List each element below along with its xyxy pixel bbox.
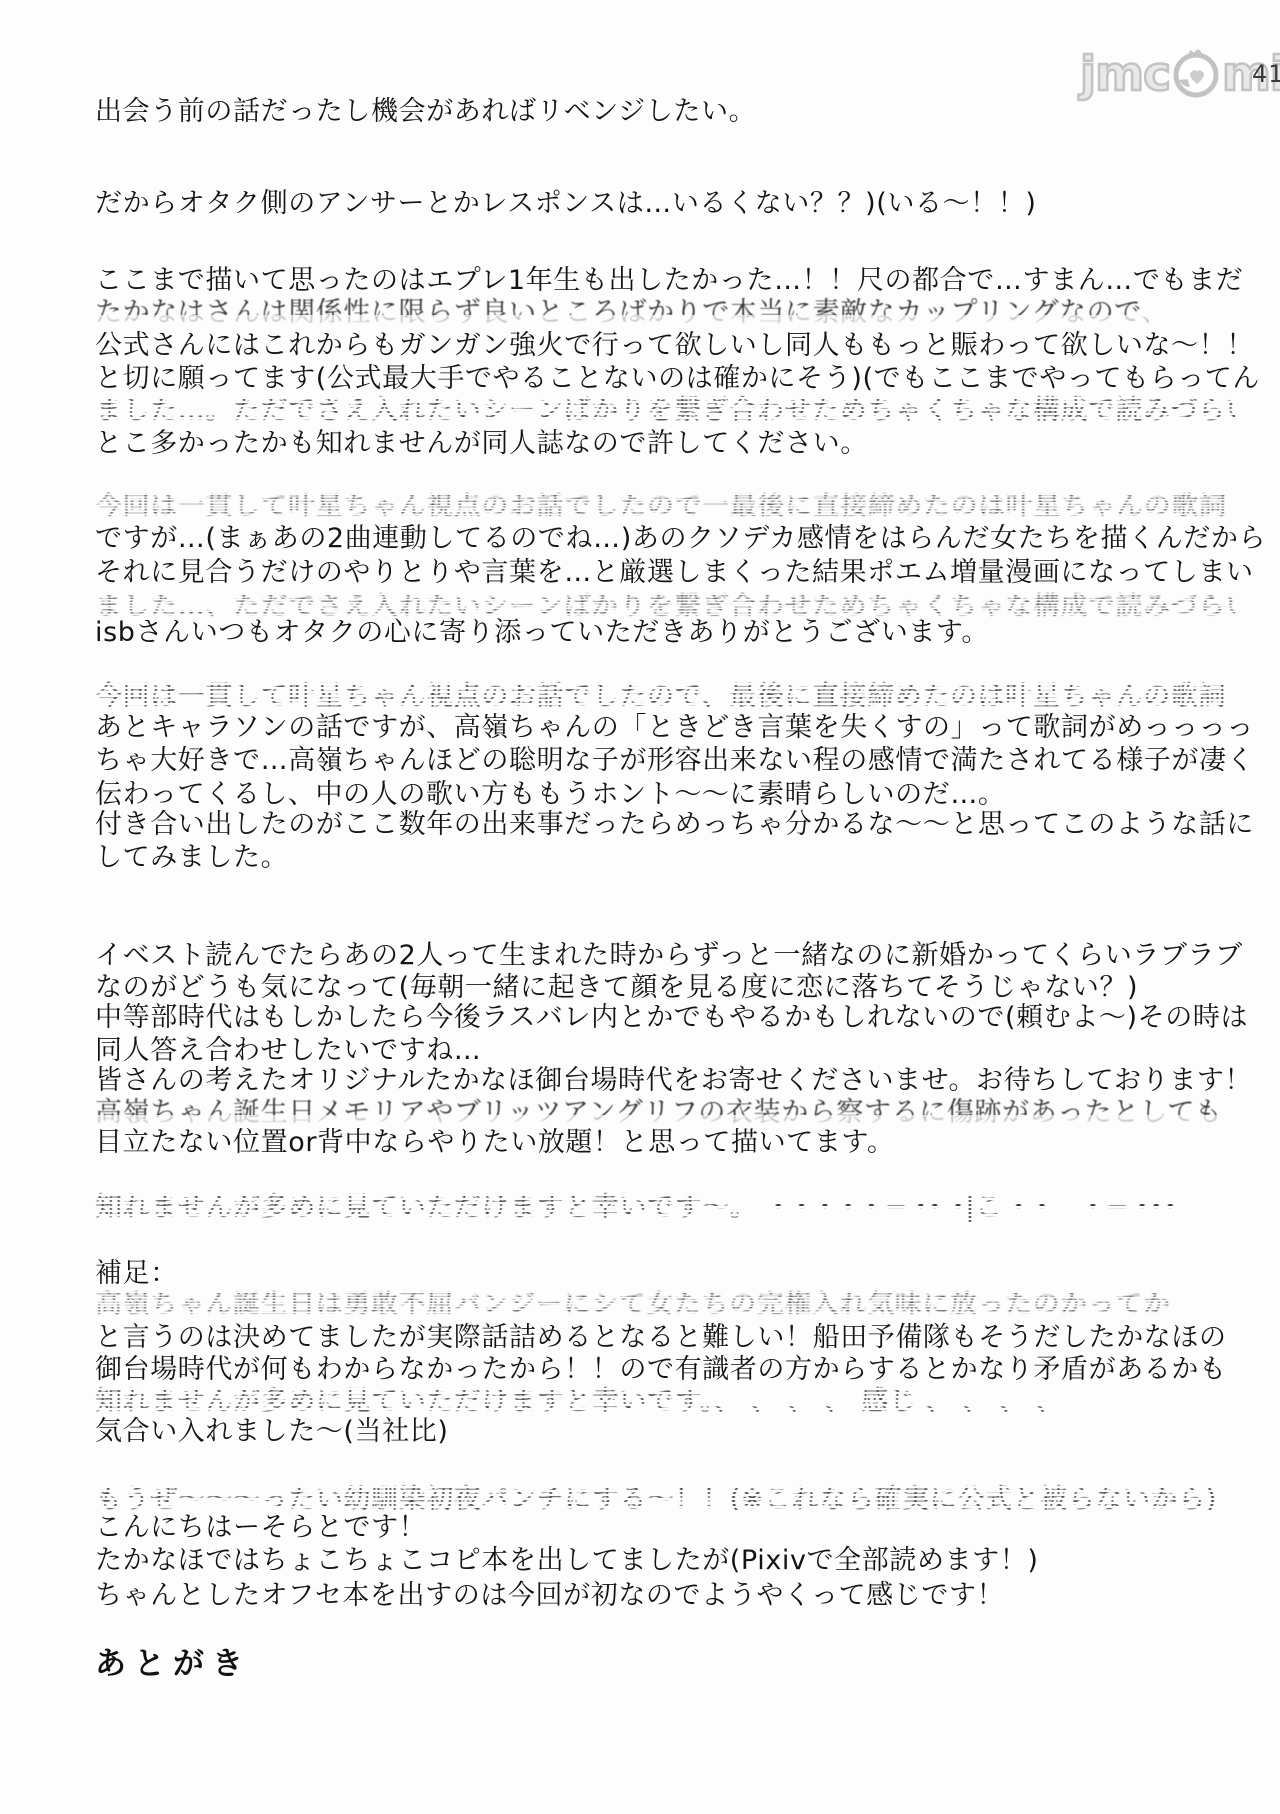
text-line: 気合い入れました～(当社比) xyxy=(95,1416,1235,1447)
text-line: ここまで描いて思ったのはエプレ1年生も出したかった…！！尺の都合で…すまん…でも… xyxy=(95,265,1235,296)
text-line: あとキャラソンの話ですが、高嶺ちゃんの「ときどき言葉を失くすの」って歌詞がめっっ… xyxy=(95,712,1235,743)
text-line: と言うのは決めてましたが実際話詰めるとなると難しい！船田予備隊もそうだしたかなほ… xyxy=(95,1322,1235,1353)
ghost-text-line: ました…。ただでさえ入れたいシーンばかりを繋ぎ合わせためちゃくちゃな構成で読みづ… xyxy=(95,395,1235,426)
text-line: ちゃ大好きで…高嶺ちゃんほどの聡明な子が形容出来ない程の感情で満たされてる様子が… xyxy=(95,745,1235,776)
text-line: isbさんいつもオタクの心に寄り添っていただきありがとうございます。 xyxy=(95,617,1235,648)
text-line: と切に願ってます(公式最大手でやることないのは確かにそう)(でもここまでやっても… xyxy=(95,363,1235,394)
text-line: とこ多かったかも知れませんが同人誌なので許してください。 xyxy=(95,428,1235,459)
text-line: 伝わってくるし、中の人の歌い方ももうホント～～に素晴らしいのだ…。 xyxy=(95,779,1235,810)
watermark-text-left: jmc xyxy=(1080,51,1170,98)
jmcomic-watermark: jmc mic xyxy=(1080,44,1280,104)
text-line: してみました。 xyxy=(95,842,1235,873)
scanned-afterword-page: jmc mic 41 出会う前の話だったし機会があればリベンジしたい。 だからオ… xyxy=(0,0,1280,1814)
text-line: ですが…(まぁあの2曲連動してるのでね…)あのクソデカ感情をはらんだ女たちを描く… xyxy=(95,523,1235,554)
text-line: それに見合うだけのやりとりや言葉を…と厳選しまくった結果ポエム増量漫画になってし… xyxy=(95,557,1235,588)
ghost-text-line: 今回は一貫して叶星ちゃん視点のお話でしたので、最後に直接締めたのは叶星ちゃんの歌… xyxy=(95,681,1235,712)
text-line: 付き合い出したのがここ数年の出来事だったらめっちゃ分かるな～～と思ってこのような… xyxy=(95,809,1235,840)
page-number: 41 xyxy=(1252,60,1280,88)
faded-text-line: 高嶺ちゃん誕生日メモリアやブリッツアングリフの衣装から察するに傷跡があったとして… xyxy=(95,1097,1235,1128)
text-line: 同人答え合わせしたいですね… xyxy=(95,1035,1235,1066)
text-line: 公式さんにはこれからもガンガン強火で行って欲しいし同人ももっと賑わって欲しいな～… xyxy=(95,330,1235,361)
text-line: 補足： xyxy=(95,1258,1235,1289)
text-line: 出会う前の話だったし機会があればリベンジしたい。 xyxy=(95,96,1235,127)
ghost-text-line: 知れませんが多めに見ていただけますと幸いです～。 ･ ･ ･ ･ ･ ─ ･･ … xyxy=(95,1192,1235,1223)
text-line: 御台場時代が何もわからなかったから！！ので有識者の方からするとかなり矛盾があるか… xyxy=(95,1354,1235,1385)
text-line: なのがどうも気になって(毎朝一緒に起きて顔を見る度に恋に落ちてそうじゃない？) xyxy=(95,972,1235,1003)
text-line: だからオタク側のアンサーとかレスポンスは…いるくない？？)(いる～！！) xyxy=(95,188,1235,219)
ghost-text-line: もうぜ～～～ったい幼馴染初夜パンチにする～！！(※これなら確実に公式と被らないか… xyxy=(95,1484,1235,1515)
text-line: 目立たない位置or背中ならやりたい放題！と思って描いてます。 xyxy=(95,1127,1235,1158)
text-line: たかなほではちょこちょこコピ本を出してましたが(Pixivで全部読めます！) xyxy=(95,1545,1235,1576)
text-line: ちゃんとしたオフセ本を出すのは今回が初なのでようやくって感じです！ xyxy=(95,1580,1235,1611)
afterword-heading: あとがき xyxy=(95,1638,251,1683)
text-line: こんにちはーそらとです！ xyxy=(95,1512,1235,1543)
text-line: イベスト読んでたらあの2人って生まれた時からずっと一緒なのに新婚かってくらいラブ… xyxy=(95,940,1235,971)
text-line: 中等部時代はもしかしたら今後ラスバレ内とかでもやるかもしれないので(頼むよ～)そ… xyxy=(95,1002,1235,1033)
ghost-text-line: 高嶺ちゃん誕生日は勇敢不屈バンジーにシて女たちの完権入れ気味に放ったのかってか xyxy=(95,1290,1235,1319)
ghost-text-line: 知れませんが多めに見ていただけますと幸いです。、 、 、 、 感じ 、 、 、 … xyxy=(95,1386,1235,1417)
ghost-text-line: 今回は一貫して叶星ちゃん視点のお話でしたので一最後に直接締めたのは叶星ちゃんの歌… xyxy=(95,492,1235,521)
text-line: 皆さんの考えたオリジナルたかなほ御台場時代をお寄せくださいませ。お待ちしておりま… xyxy=(95,1065,1235,1096)
faded-text-line: たかなはさんは関係性に限らず良いところばかりで本当に素敵なカップリングなので、 xyxy=(95,297,1235,328)
bird-mascot-icon xyxy=(1168,44,1224,104)
